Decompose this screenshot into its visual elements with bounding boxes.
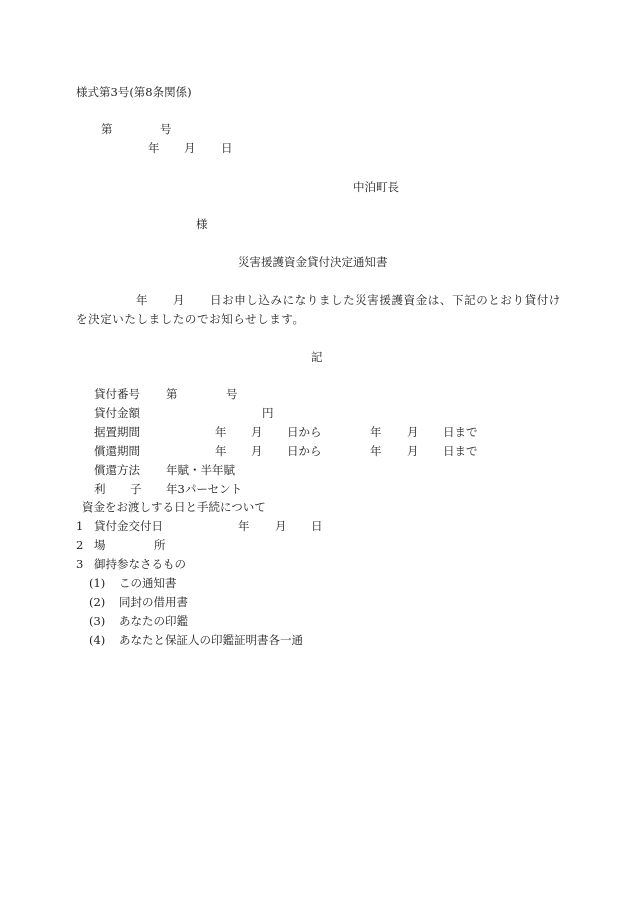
repay-d1: 日から [287,444,322,458]
repayment-method-label: 償還方法 [94,463,140,477]
belonging-3-num: (3) [89,614,105,628]
belonging-4-text: あなたと保証人の印鑑証明書各一通 [119,633,303,647]
loan-amount-unit: 円 [262,406,274,420]
belonging-2-num: (2) [89,595,105,609]
belonging-4-num: (4) [89,633,105,647]
belonging-3-text: あなたの印鑑 [119,614,188,628]
interest-label-b: 子 [130,482,142,496]
loan-amount-label: 貸付金額 [94,406,140,420]
procedure-1-day: 日 [311,519,323,533]
body-year: 年 [136,293,148,307]
repay-y2: 年 [370,444,382,458]
repay-m1: 月 [251,444,263,458]
date-day: 日 [221,141,233,155]
date-month: 月 [184,141,196,155]
loan-number-label: 貸付番号 [94,387,140,401]
body-month: 月 [173,293,185,307]
procedure-1-num: 1 [76,519,83,533]
belonging-1-text: この通知書 [119,576,177,590]
procedure-3-label: 御持参なさるもの [94,557,186,571]
date-year: 年 [148,141,160,155]
repayment-period-label: 償還期間 [94,444,140,458]
repay-y1: 年 [215,444,227,458]
procedure-2-label-b: 所 [154,538,166,552]
repayment-method-value: 年賦・半年賦 [166,463,235,477]
loan-number-prefix: 第 [166,387,178,401]
recipient-suffix: 様 [196,217,208,231]
procedure-2-label-a: 場 [94,538,106,552]
form-label: 様式第3号(第8条関係) [76,85,192,99]
procedure-1-month: 月 [275,519,287,533]
procedure-1-label: 貸付金交付日 [94,519,163,533]
grace-period-label: 据置期間 [94,425,140,439]
number-suffix: 号 [160,122,172,136]
number-prefix: 第 [101,122,113,136]
body-line-1: 日お申し込みになりました災害援護資金は、下記のとおり貸付け [210,293,561,307]
procedure-heading: 資金をお渡しする日と手続について [82,500,266,514]
interest-value: 年3パーセント [166,482,242,496]
grace-y1: 年 [215,425,227,439]
body-line-2: を決定いたしましたのでお知らせします。 [76,312,305,326]
grace-m2: 月 [407,425,419,439]
issuer: 中泊町長 [353,180,399,194]
belonging-2-text: 同封の借用書 [119,595,188,609]
belonging-1-num: (1) [89,576,105,590]
grace-m1: 月 [251,425,263,439]
loan-number-suffix: 号 [226,387,238,401]
grace-y2: 年 [370,425,382,439]
grace-d2: 日まで [443,425,478,439]
repay-d2: 日まで [443,444,478,458]
interest-label-a: 利 [94,482,106,496]
grace-d1: 日から [287,425,322,439]
document-title: 災害援護資金貸付決定通知書 [238,255,388,269]
repay-m2: 月 [407,444,419,458]
ki-heading: 記 [311,350,323,364]
procedure-1-year: 年 [238,519,250,533]
procedure-2-num: 2 [76,538,83,552]
procedure-3-num: 3 [76,557,83,571]
